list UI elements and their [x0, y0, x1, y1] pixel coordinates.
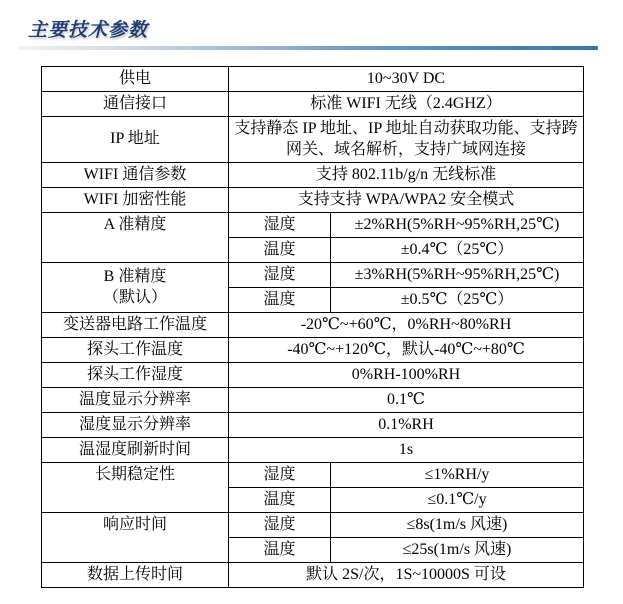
spec-label-cell: 探头工作湿度: [42, 363, 229, 388]
spec-value-cell: ≤8s(1m/s 风速): [331, 513, 584, 538]
row-accuracy-a-humidity: A 准精度 湿度 ±2%RH(5%RH~95%RH,25℃): [42, 213, 584, 238]
spec-value-cell: ±3%RH(5%RH~95%RH,25℃): [331, 263, 584, 288]
spec-param-cell: 湿度: [229, 263, 331, 288]
spec-table: 供电 10~30V DC 通信接口 标准 WIFI 无线（2.4GHZ） IP …: [41, 66, 584, 588]
spec-value-cell: 10~30V DC: [229, 67, 584, 92]
spec-param-cell: 湿度: [229, 213, 331, 238]
spec-label-cell: A 准精度: [42, 213, 229, 263]
row-probe-working-humidity: 探头工作湿度 0%RH-100%RH: [42, 363, 584, 388]
spec-value-cell: ≤0.1℃/y: [331, 488, 584, 513]
row-ip-address: IP 地址 支持静态 IP 地址、IP 地址自动获取功能、支持跨网关、域名解析，…: [42, 117, 584, 163]
row-power: 供电 10~30V DC: [42, 67, 584, 92]
spec-value-cell: 1s: [229, 438, 584, 463]
row-transmitter-circuit-temp: 变送器电路工作温度 -20℃~+60℃，0%RH~80%RH: [42, 313, 584, 338]
spec-label-cell: 响应时间: [42, 513, 229, 563]
spec-label-cell: 长期稳定性: [42, 463, 229, 513]
spec-label-cell: B 准精度 （默认）: [42, 263, 229, 313]
title-underline-rule: [18, 46, 598, 50]
spec-param-cell: 湿度: [229, 513, 331, 538]
spec-value-cell: ≤1%RH/y: [331, 463, 584, 488]
spec-value-cell: -40℃~+120℃，默认-40℃~+80℃: [229, 338, 584, 363]
page-title: 主要技术参数: [28, 15, 148, 42]
spec-label-cell: WIFI 加密性能: [42, 188, 229, 213]
spec-value-cell: 支持支持 WPA/WPA2 安全模式: [229, 188, 584, 213]
spec-label-cell: WIFI 通信参数: [42, 163, 229, 188]
spec-value-cell: ±0.4℃（25℃）: [331, 238, 584, 263]
spec-label-cell: 温度显示分辨率: [42, 388, 229, 413]
spec-label-cell: 数据上传时间: [42, 563, 229, 588]
spec-label-cell: IP 地址: [42, 117, 229, 163]
spec-value-cell: 支持静态 IP 地址、IP 地址自动获取功能、支持跨网关、域名解析，支持广域网连…: [229, 117, 584, 163]
row-humidity-display-resolution: 湿度显示分辨率 0.1%RH: [42, 413, 584, 438]
spec-param-cell: 温度: [229, 288, 331, 313]
row-probe-working-temp: 探头工作温度 -40℃~+120℃，默认-40℃~+80℃: [42, 338, 584, 363]
spec-value-cell: 标准 WIFI 无线（2.4GHZ）: [229, 92, 584, 117]
row-wifi-security: WIFI 加密性能 支持支持 WPA/WPA2 安全模式: [42, 188, 584, 213]
row-wifi-comm-params: WIFI 通信参数 支持 802.11b/g/n 无线标准: [42, 163, 584, 188]
spec-value-cell: ±2%RH(5%RH~95%RH,25℃): [331, 213, 584, 238]
spec-label-cell: 探头工作温度: [42, 338, 229, 363]
spec-value-cell: ≤25s(1m/s 风速): [331, 538, 584, 563]
row-refresh-time: 温湿度刷新时间 1s: [42, 438, 584, 463]
spec-value-cell: 0%RH-100%RH: [229, 363, 584, 388]
spec-param-cell: 温度: [229, 488, 331, 513]
spec-label-cell: 供电: [42, 67, 229, 92]
spec-label-cell: 通信接口: [42, 92, 229, 117]
spec-label-cell: 变送器电路工作温度: [42, 313, 229, 338]
spec-value-cell: 默认 2S/次，1S~10000S 可设: [229, 563, 584, 588]
spec-value-cell: 支持 802.11b/g/n 无线标准: [229, 163, 584, 188]
spec-label-line: B 准精度: [45, 267, 225, 288]
row-comm-interface: 通信接口 标准 WIFI 无线（2.4GHZ）: [42, 92, 584, 117]
spec-value-cell: -20℃~+60℃，0%RH~80%RH: [229, 313, 584, 338]
spec-label-line: （默认）: [45, 288, 225, 309]
spec-param-cell: 湿度: [229, 463, 331, 488]
spec-param-cell: 温度: [229, 538, 331, 563]
row-accuracy-b-humidity: B 准精度 （默认） 湿度 ±3%RH(5%RH~95%RH,25℃): [42, 263, 584, 288]
row-response-time-humidity: 响应时间 湿度 ≤8s(1m/s 风速): [42, 513, 584, 538]
spec-value-cell: 0.1%RH: [229, 413, 584, 438]
row-temp-display-resolution: 温度显示分辨率 0.1℃: [42, 388, 584, 413]
row-long-term-stability-humidity: 长期稳定性 湿度 ≤1%RH/y: [42, 463, 584, 488]
spec-label-cell: 温湿度刷新时间: [42, 438, 229, 463]
spec-param-cell: 温度: [229, 238, 331, 263]
spec-label-cell: 湿度显示分辨率: [42, 413, 229, 438]
spec-value-cell: ±0.5℃（25℃）: [331, 288, 584, 313]
row-data-upload-time: 数据上传时间 默认 2S/次，1S~10000S 可设: [42, 563, 584, 588]
spec-value-cell: 0.1℃: [229, 388, 584, 413]
